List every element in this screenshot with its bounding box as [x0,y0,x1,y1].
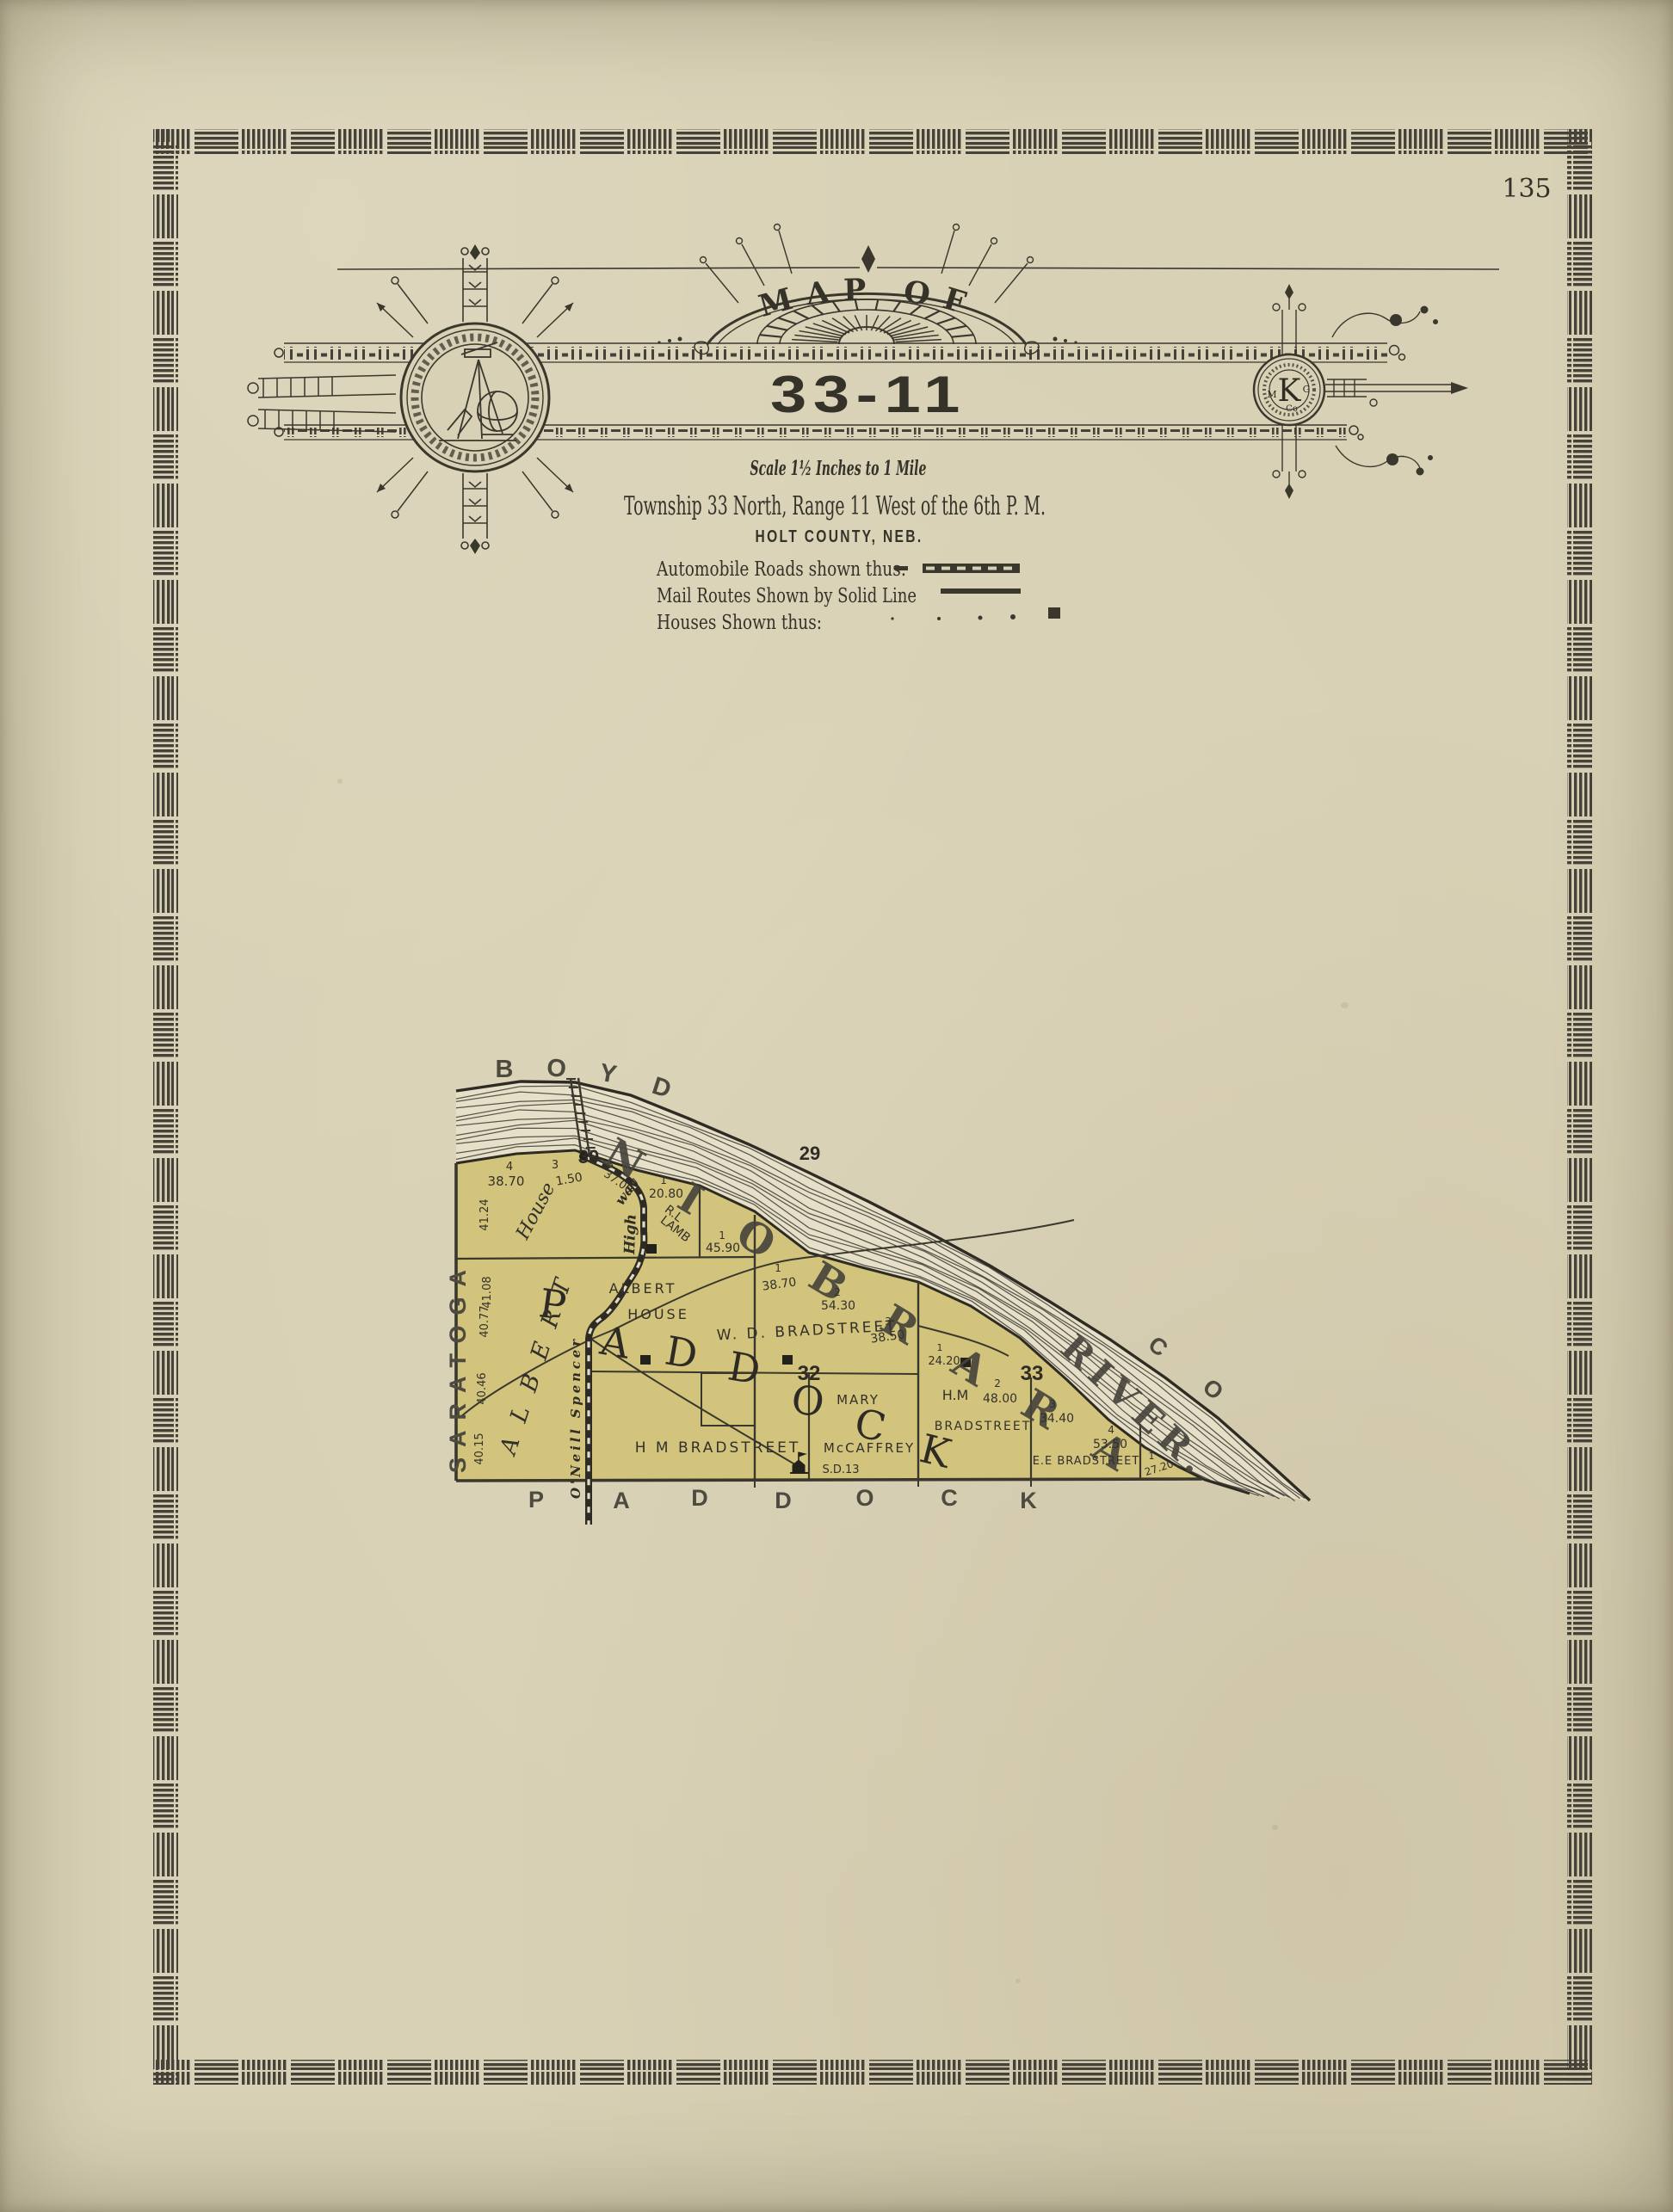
map-label: 40.46 [476,1372,489,1404]
map-label: 33 [1021,1362,1044,1385]
map-label: H M BRADSTREET [635,1439,801,1457]
map-label: 30 [578,1146,599,1168]
map-label: 41.24 [478,1198,491,1230]
legend-label-mail-routes: Mail Routes Shown by Solid Line [657,585,917,607]
map-label: 24.20 [928,1355,960,1368]
arch-title: MAP OF [755,272,982,324]
map-label: ALBERT [609,1280,677,1297]
map-label: 1 [719,1229,725,1242]
map-label: D [775,1488,792,1513]
map-label: 2 [994,1377,1001,1389]
map-label: A [613,1488,630,1513]
map-label: Y [597,1059,619,1089]
map-label: 3 [1049,1398,1056,1410]
map-label: C [1144,1331,1173,1362]
map-label: P [528,1487,544,1513]
map-label: D [649,1072,675,1104]
surveyor-medallion [377,244,573,554]
map-label: 3 [552,1159,559,1172]
page-artwork: 135 MAP OF 33-11 Scale 1½ Inches to 1 Mi… [0,0,1673,2212]
county-line: HOLT COUNTY, NEB. [756,527,923,546]
legend-label-auto-roads: Automobile Roads shown thus: [656,558,906,581]
map-label: M [1267,389,1276,400]
atlas-page: 135 MAP OF 33-11 Scale 1½ Inches to 1 Mi… [0,0,1673,2212]
map-label: 29 [799,1143,820,1164]
map-label: HOUSE [627,1306,689,1322]
map-label: 45.90 [706,1242,740,1255]
plat-map: BOYDSARATOGAPADDOCKCONIOBRARARIVER.30293… [445,1054,1310,1525]
map-label: 1 [937,1342,943,1353]
map-label: 34.40 [1040,1412,1074,1426]
map-label: 41.08 [481,1276,494,1308]
map-label: 1 [660,1174,667,1186]
legend-symbol-house [891,607,1060,620]
map-label: S.D.13 [822,1463,859,1476]
legend-label-houses: Houses Shown thus: [657,612,822,634]
legend-symbol-auto-road [895,564,1020,573]
scale-note: Scale 1½ Inches to 1 Mile [750,457,927,480]
map-label: High [621,1214,640,1255]
map-label: 53.50 [1093,1438,1127,1451]
township-number-title: 33-11 [770,366,966,423]
map-label: 38.70 [488,1174,525,1189]
map-label: O'Neill Spencer [568,1339,583,1499]
map-label: D [691,1485,708,1511]
map-label: SARATOGA [445,1262,471,1473]
map-label: 2 [834,1286,841,1298]
map-label: K [1278,373,1302,409]
map-label: C [941,1485,958,1511]
map-label: O [855,1485,874,1511]
map-label: MARY [836,1392,880,1408]
map-label: O [1198,1374,1228,1406]
map-label: 4 [506,1161,513,1174]
map-label: G [1303,384,1311,395]
map-label: 1 [1149,1451,1155,1462]
map-label: B [496,1056,514,1083]
map-label: E.E BRADSTREET [1033,1455,1140,1468]
map-label: 1 [775,1262,781,1274]
map-label: 40.77 [478,1305,491,1337]
map-label: Co [1286,404,1298,414]
map-label: 40.15 [473,1433,486,1464]
map-legend: Automobile Roads shown thus: Mail Routes… [656,558,1060,634]
map-label: 20.80 [649,1187,683,1201]
map-label: 3 [885,1315,892,1328]
map-label: O [546,1054,567,1082]
map-label: K [1020,1488,1037,1513]
township-range-line: Township 33 North, Range 11 West of the … [624,491,1046,521]
map-label: 48.00 [983,1392,1017,1406]
page-number: 135 [1502,174,1551,204]
map-label: McCAFFREY [824,1440,915,1456]
map-label: H.M [942,1387,969,1403]
map-label: 4 [1108,1424,1114,1436]
map-label: BRADSTREET [935,1420,1032,1433]
map-label: 54.30 [821,1299,855,1313]
